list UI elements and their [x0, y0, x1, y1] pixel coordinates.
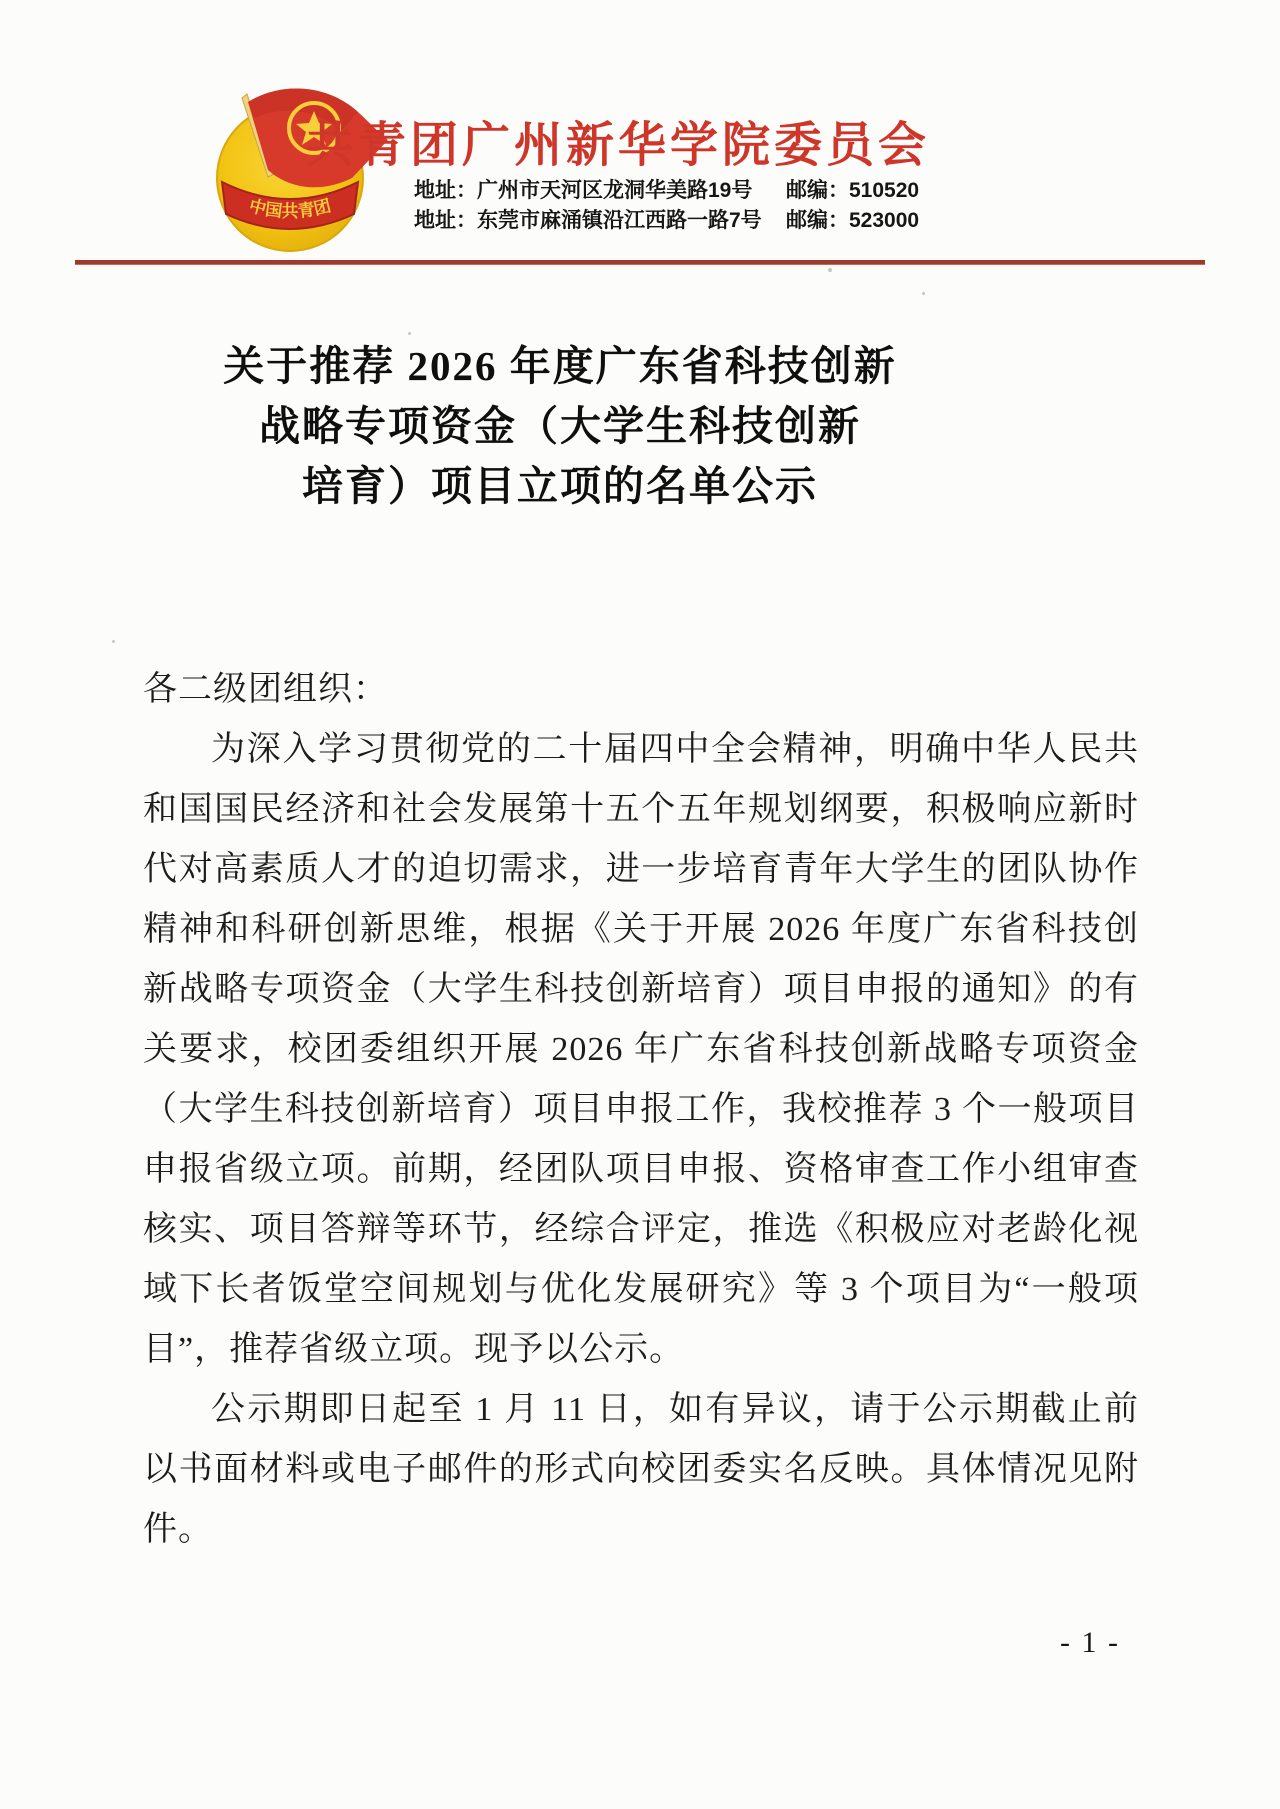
scan-speck [408, 332, 411, 335]
scan-speck [112, 640, 115, 643]
address-row-guangzhou: 地址：广州市天河区龙洞华美路19号 邮编：510520 [414, 176, 919, 206]
scan-speck [828, 268, 832, 272]
page-number: - 1 - [1060, 1626, 1120, 1660]
document-page: 中国共青团 共青团广州新华学院委员会 地址：广州市天河区龙洞华美路19号 邮编：… [0, 0, 1280, 1809]
org-title: 共青团广州新华学院委员会 [306, 106, 930, 175]
address-text: 地址：广州市天河区龙洞华美路19号 [414, 176, 786, 206]
scan-speck [922, 292, 925, 295]
salutation: 各二级团组织： [143, 660, 1139, 720]
document-title-line: 关于推荐 2026 年度广东省科技创新 [0, 336, 1120, 396]
postal-code: 邮编：510520 [786, 176, 919, 206]
postal-code: 邮编：523000 [786, 206, 919, 236]
document-title: 关于推荐 2026 年度广东省科技创新 战略专项资金（大学生科技创新 培育）项目… [0, 336, 1120, 516]
document-title-line: 战略专项资金（大学生科技创新 [0, 396, 1120, 456]
document-title-line: 培育）项目立项的名单公示 [0, 456, 1120, 516]
header-divider-rule [75, 260, 1205, 265]
document-body: 各二级团组织： 为深入学习贯彻党的二十届四中全会精神，明确中华人民共和国国民经济… [143, 660, 1139, 1560]
body-paragraph: 为深入学习贯彻党的二十届四中全会精神，明确中华人民共和国国民经济和社会发展第十五… [143, 720, 1139, 1380]
address-text: 地址：东莞市麻涌镇沿江西路一路7号 [414, 206, 786, 236]
body-paragraph: 公示期即日起至 1 月 11 日，如有异议，请于公示期截止前以书面材料或电子邮件… [143, 1380, 1139, 1560]
address-row-dongguan: 地址：东莞市麻涌镇沿江西路一路7号 邮编：523000 [414, 206, 919, 236]
address-block: 地址：广州市天河区龙洞华美路19号 邮编：510520 地址：东莞市麻涌镇沿江西… [414, 176, 919, 236]
